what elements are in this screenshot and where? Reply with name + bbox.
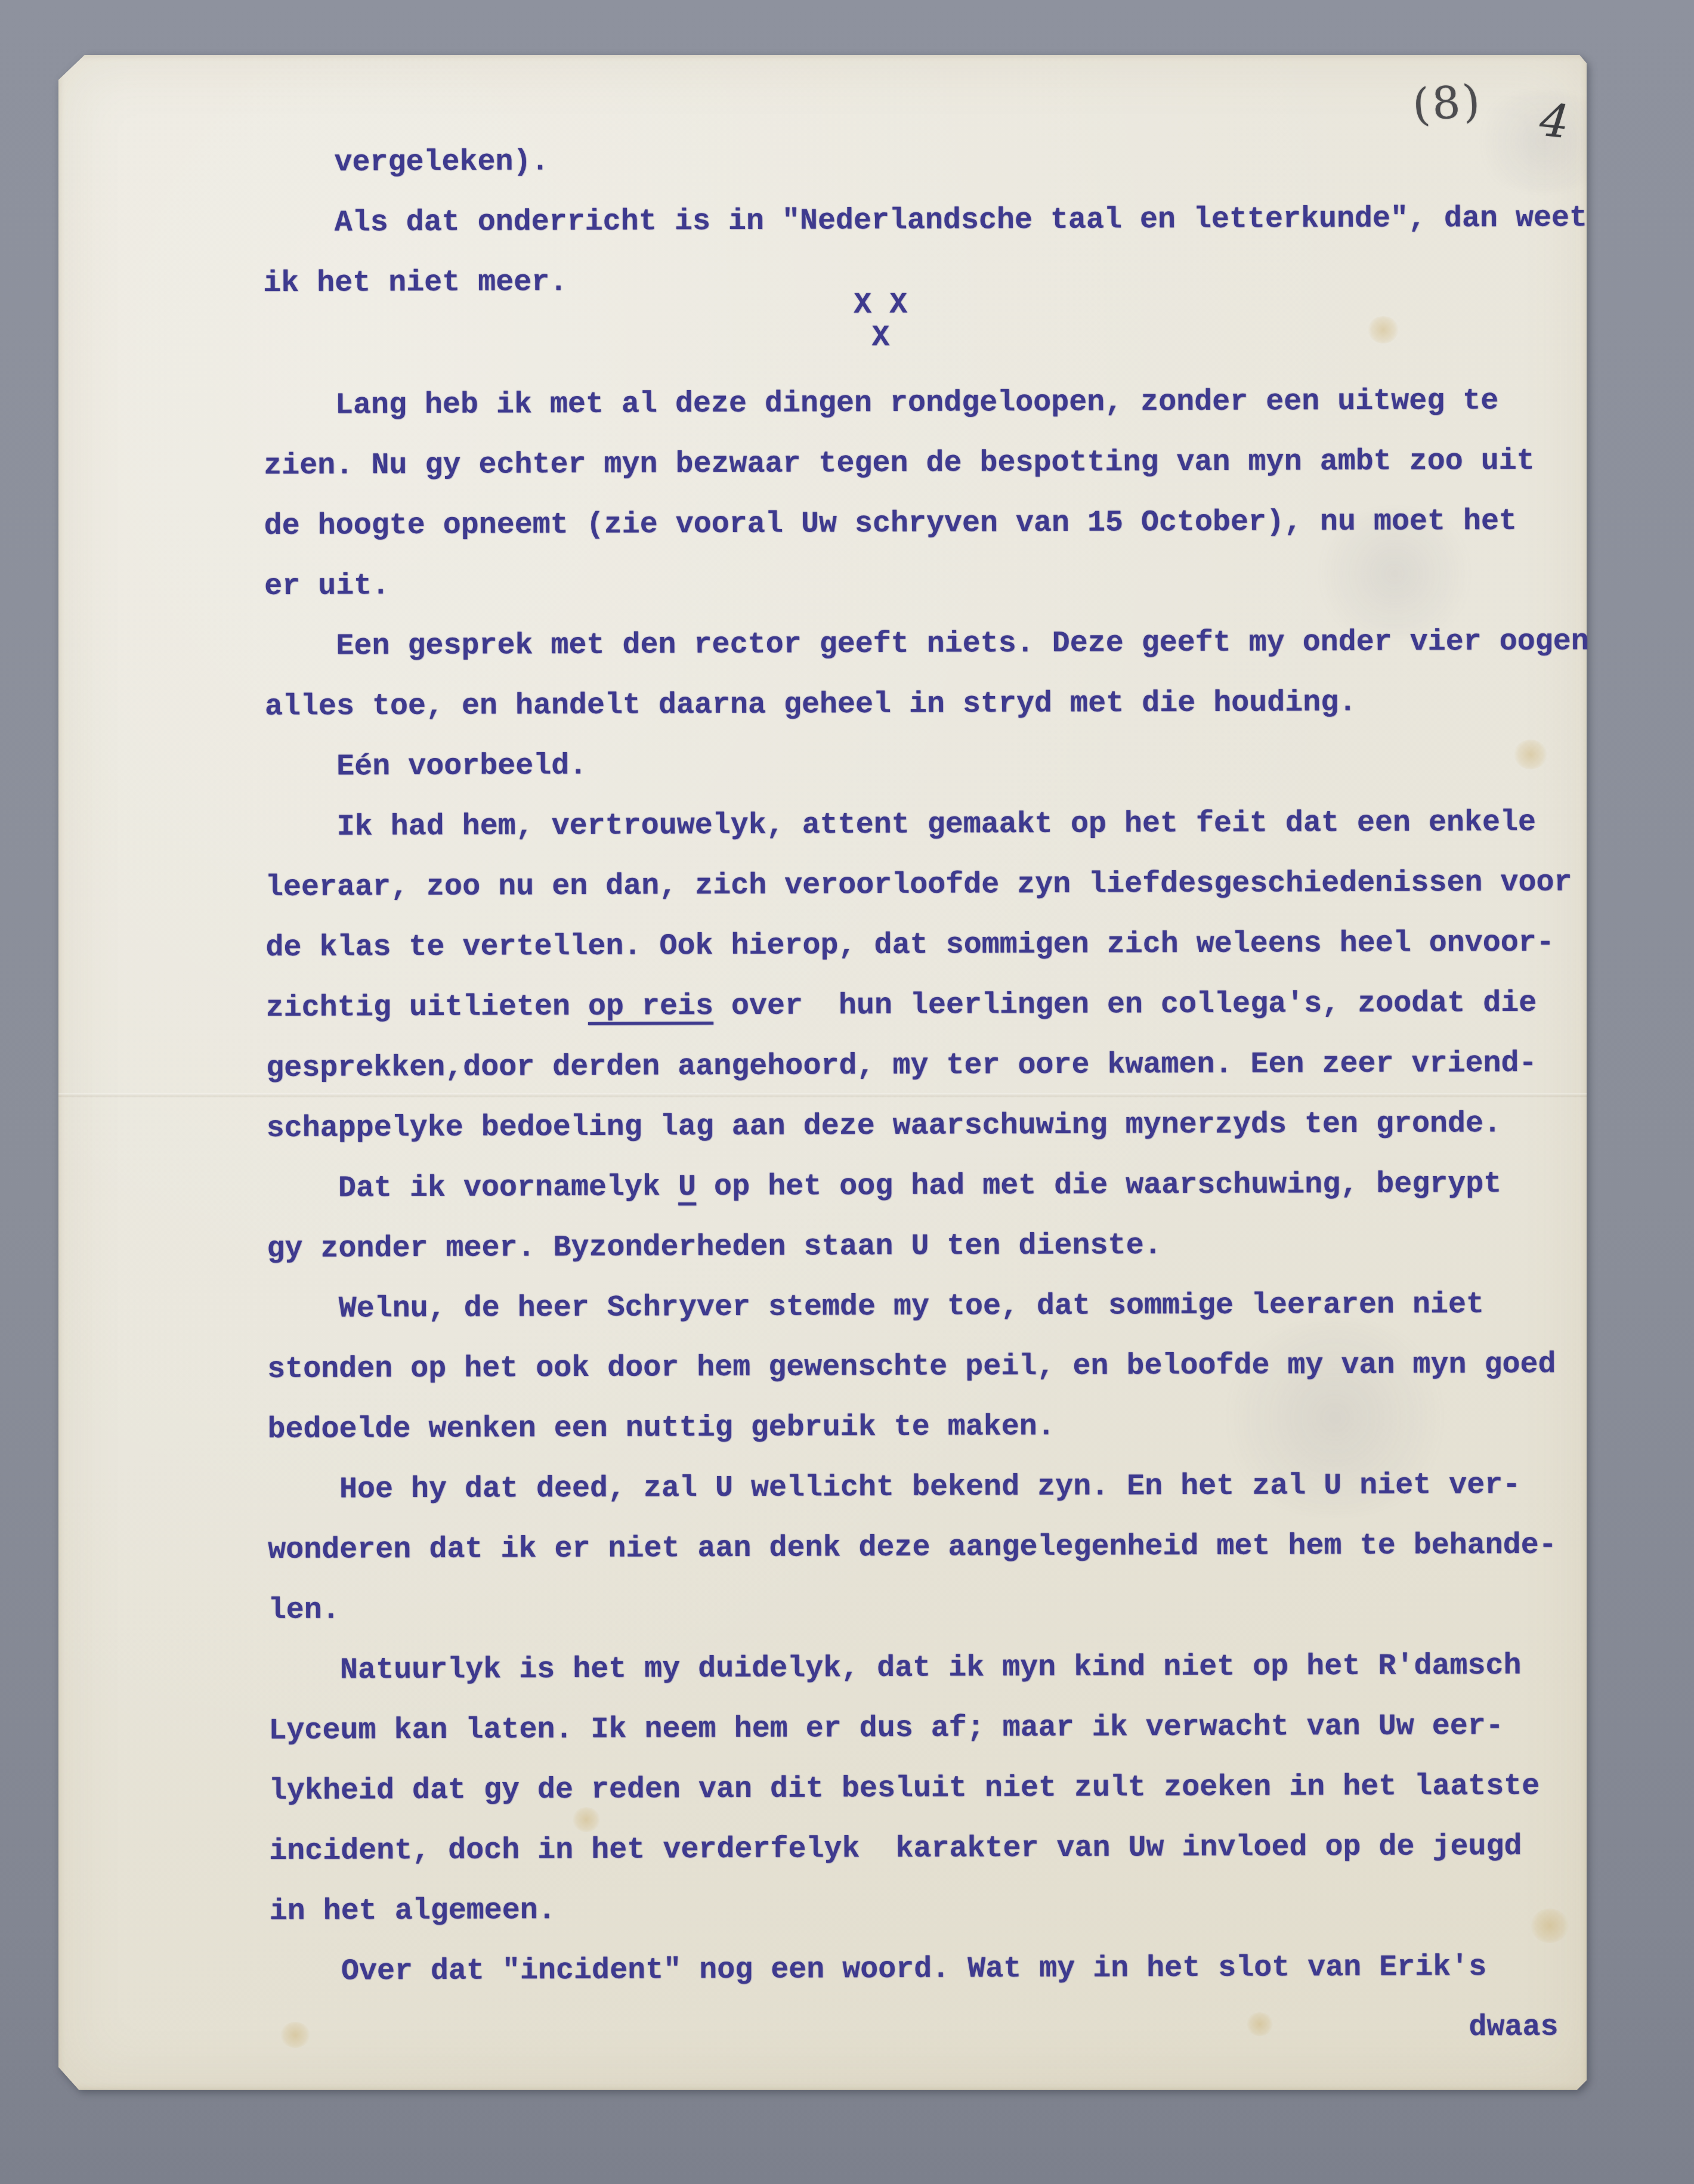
sheet-number-annotation: (8): [1411, 75, 1484, 131]
page-number-annotation: 4: [1537, 93, 1571, 149]
handwritten-annotations: (8) 4: [0, 0, 1694, 2184]
